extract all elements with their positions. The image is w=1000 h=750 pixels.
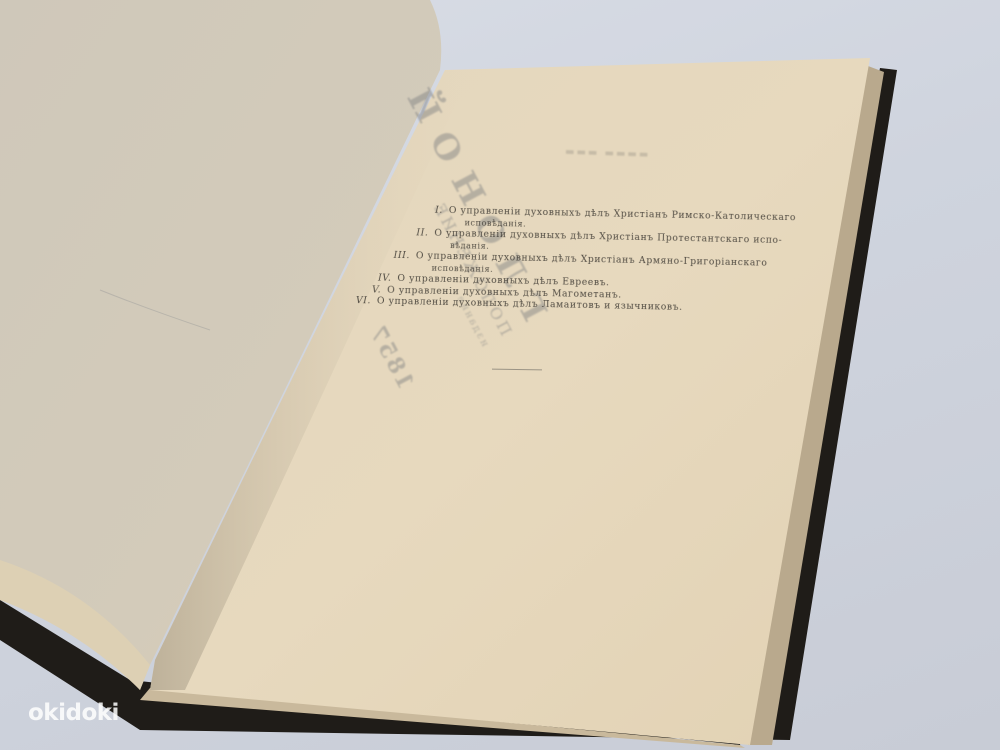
book-photo: ▬▬▬ ▬▬▬▬ ГЛОНОЙ ПОЛОЖЕНИЕ издание 1857 I… xyxy=(0,0,1000,750)
table-of-contents: I.О управленіи духовныхъ дѣлъ Христіанъ … xyxy=(353,203,775,315)
watermark-logo: okidoki xyxy=(28,700,119,726)
